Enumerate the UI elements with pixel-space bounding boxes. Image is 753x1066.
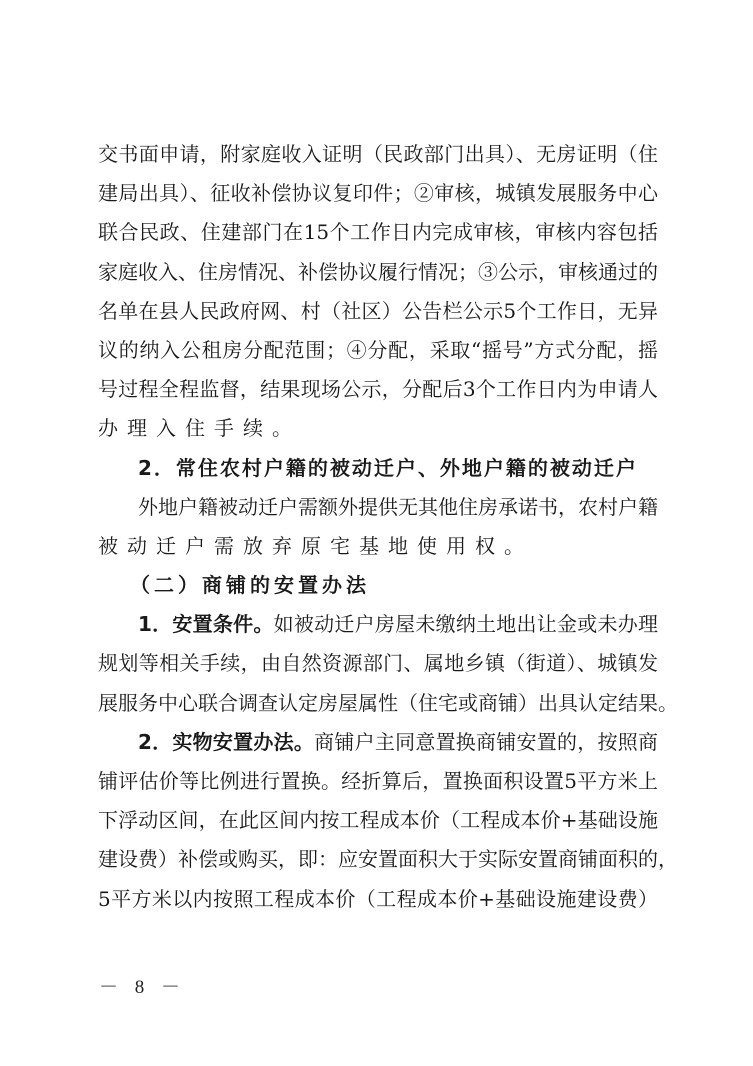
body-line: 建局出具）、征收补偿协议复印件；②审核，城镇发展服务中心	[98, 174, 658, 213]
section-heading-shop-resettlement: （二）商铺的安置办法	[98, 566, 658, 605]
body-line: 外地户籍被动迁户需额外提供无其他住房承诺书，农村户籍	[98, 488, 658, 527]
body-line: 下浮动区间，在此区间内按工程成本价（工程成本价+基础设施	[98, 801, 658, 840]
lead-term-resettlement-conditions: 1．安置条件。	[138, 612, 274, 636]
document-page: 交书面申请，附家庭收入证明（民政部门出具）、无房证明（住 建局出具）、征收补偿协…	[0, 0, 753, 1066]
page-number: － 8 －	[99, 972, 186, 999]
body-text-span: 如被动迁户房屋未缴纳土地出让金或未办理	[274, 612, 658, 636]
body-line: 办理入住手续。	[98, 409, 658, 448]
body-line: 名单在县人民政府网、村（社区）公告栏公示5个工作日，无异	[98, 292, 658, 331]
body-line-with-lead: 1．安置条件。如被动迁户房屋未缴纳土地出让金或未办理	[98, 605, 658, 644]
body-line: 铺评估价等比例进行置换。经折算后，置换面积设置5平方米上	[98, 762, 658, 801]
lead-term-physical-resettlement: 2．实物安置办法。	[138, 730, 314, 754]
body-line: 5平方米以内按照工程成本价（工程成本价+基础设施建设费）	[98, 880, 658, 919]
section-heading-household-types: 2．常住农村户籍的被动迁户、外地户籍的被动迁户	[98, 449, 658, 488]
body-line-with-lead: 2．实物安置办法。商铺户主同意置换商铺安置的，按照商	[98, 723, 658, 762]
body-line: 联合民政、住建部门在15个工作日内完成审核，审核内容包括	[98, 213, 658, 252]
body-line: 家庭收入、住房情况、补偿协议履行情况；③公示，审核通过的	[98, 253, 658, 292]
document-body: 交书面申请，附家庭收入证明（民政部门出具）、无房证明（住 建局出具）、征收补偿协…	[98, 135, 658, 919]
body-line: 展服务中心联合调查认定房屋属性（住宅或商铺）出具认定结果。	[98, 684, 658, 723]
body-line: 建设费）补偿或购买，即：应安置面积大于实际安置商铺面积的，	[98, 840, 658, 879]
body-line: 被动迁户需放弃原宅基地使用权。	[98, 527, 658, 566]
body-text-span: 商铺户主同意置换商铺安置的，按照商	[314, 730, 658, 754]
body-line: 号过程全程监督，结果现场公示，分配后3个工作日内为申请人	[98, 370, 658, 409]
body-line: 交书面申请，附家庭收入证明（民政部门出具）、无房证明（住	[98, 135, 658, 174]
body-line: 规划等相关手续，由自然资源部门、属地乡镇（街道）、城镇发	[98, 644, 658, 683]
body-line: 议的纳入公租房分配范围；④分配，采取“摇号”方式分配，摇	[98, 331, 658, 370]
